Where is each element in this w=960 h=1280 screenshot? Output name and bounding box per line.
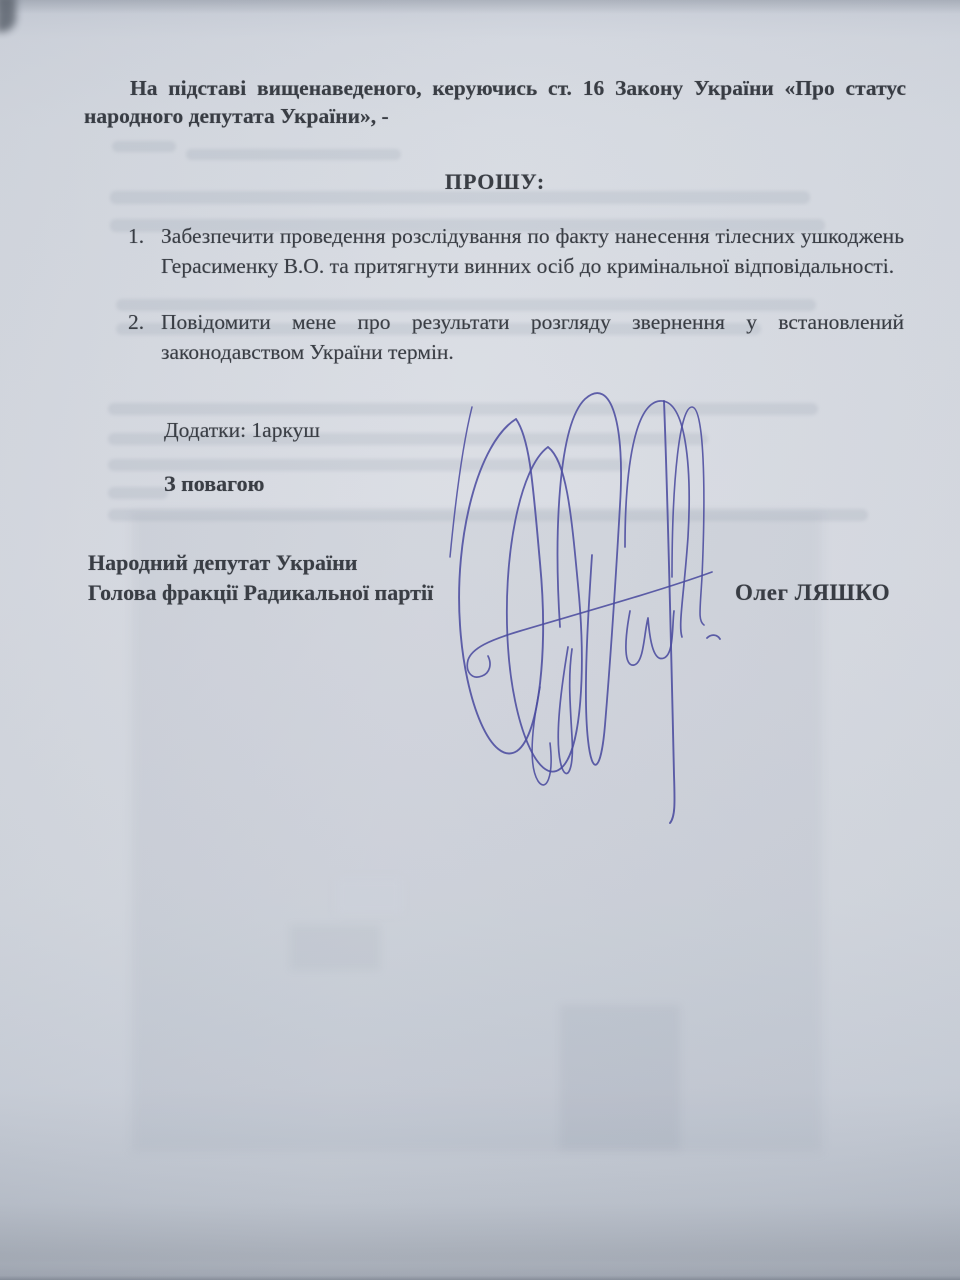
list-item-number: 2. (128, 307, 161, 367)
signature-stroke (450, 407, 472, 557)
signature-scribble (420, 385, 730, 840)
bleed-through-line (186, 149, 401, 160)
signature-stroke (626, 611, 674, 665)
bleed-through-patch (336, 878, 402, 914)
request-heading: ПРОШУ: (84, 168, 906, 196)
signature-stroke (558, 393, 621, 765)
bleed-through-patch (560, 1005, 680, 1150)
bleed-through-line (108, 487, 168, 499)
signature-stroke (672, 407, 704, 625)
photo-corner-shadow (0, 0, 16, 32)
bleed-through-patch (290, 925, 380, 970)
signature-tick (707, 635, 720, 639)
signer-name: Олег ЛЯШКО (735, 580, 890, 606)
closing-salutation: З повагою (164, 470, 264, 498)
intro-paragraph: На підставі вищенаведеного, керуючись ст… (84, 74, 906, 130)
signature-stroke (664, 401, 675, 823)
attachments-line: Додатки: 1аркуш (164, 416, 320, 444)
list-item-1: 1. Забезпечити проведення розслідування … (128, 221, 904, 281)
list-item-2: 2. Повідомити мене про результати розгля… (128, 307, 904, 367)
request-list: 1. Забезпечити проведення розслідування … (128, 221, 904, 393)
photo-top-edge-shadow (0, 0, 960, 14)
list-item-text: Повідомити мене про результати розгляду … (161, 307, 904, 367)
document-page: На підставі вищенаведеного, керуючись ст… (0, 0, 960, 1280)
photo-bottom-shadow (0, 1250, 960, 1280)
bleed-through-line (112, 141, 176, 152)
list-item-text: Забезпечити проведення розслідування по … (161, 221, 904, 281)
list-item-number: 1. (128, 221, 161, 281)
